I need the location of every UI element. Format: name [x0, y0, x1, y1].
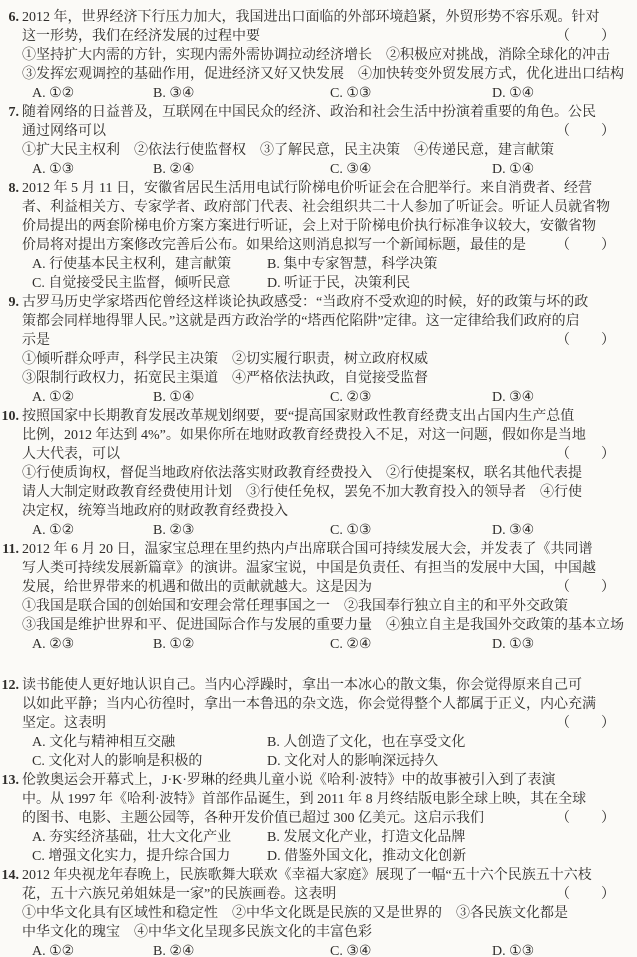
statement-items: 中华文化的瑰宝 ④中华文化呈现多民族文化的丰富色彩 — [22, 923, 372, 942]
question-line: ①中华文化具有区域性和稳定性 ②中华文化既是民族的又是世界的 ③各民族文化都是 — [22, 904, 616, 923]
option: A. ①③ — [32, 160, 153, 179]
question-9: 9. 古罗马历史学家塔西佗曾经这样谈论执政感受：“当政府不受欢迎的时候，好的政策… — [0, 293, 637, 407]
statement-items: ①扩大民主权利 ②依法行使监督权 ③了解民意，民主决策 ④传递民意，建言献策 — [22, 141, 554, 160]
option: A. ①② — [32, 388, 153, 407]
question-number: 11. — [0, 540, 19, 559]
question-number: 14. — [0, 866, 19, 885]
option: B. ②④ — [153, 160, 330, 179]
options-row: A. ①② B. ②④ C. ③④ D. ①③ — [22, 942, 616, 957]
question-text: 的图书、电影、主题公园等，各种开发价值已超过 300 亿美元。这启示我们 — [22, 809, 484, 828]
question-14: 14. 2012 年央视龙年春晚上，民族歌舞大联欢《幸福大家庭》展现了一幅“五十… — [0, 866, 637, 957]
question-line: 策都会同样地得罪人民。”这就是西方政治学的“塔西佗陷阱”定律。这一定律给我们政府… — [22, 312, 616, 331]
question-number: 7. — [0, 103, 19, 122]
question-line: 随着网络的日益普及，互联网在中国民众的经济、政治和社会生活中扮演着重要的角色。公… — [22, 103, 616, 122]
question-line: 这一形势，我们在经济发展的过程中要（ ） — [22, 27, 616, 46]
question-7: 7. 随着网络的日益普及，互联网在中国民众的经济、政治和社会生活中扮演着重要的角… — [0, 103, 637, 179]
exam-paper-page: 6. 2012 年，世界经济下行压力加大，我国进出口面临的外部环境趋紧，外贸形势… — [0, 0, 637, 957]
question-text: 读书能使人更好地认识自己。当内心浮躁时，拿出一本冰心的散文集，你会觉得原来自己可 — [22, 676, 582, 695]
answer-blank-parens: （ ） — [556, 445, 616, 464]
statement-items: ①倾听群众呼声，科学民主决策 ②切实履行职责，树立政府权威 — [22, 350, 428, 369]
statement-items: ①行使质询权，督促当地政府依法落实财政教育经费投入 ②行使提案权，联名其他代表提 — [22, 464, 582, 483]
option: C. ③④ — [330, 942, 492, 957]
question-text: 价局提出的两套阶梯电价方案方案进行听证，会上对于阶梯电价执行标准争议较大，安徽省… — [22, 217, 596, 236]
question-line: ①我国是联合国的创始国和安理会常任理事国之一 ②我国奉行独立自主的和平外交政策 — [22, 597, 616, 616]
question-line: 坚定。这表明（ ） — [22, 714, 616, 733]
question-line: 花，五十六族兄弟姐妹是一家”的民族画卷。这表明（ ） — [22, 885, 616, 904]
question-line: ③限制行政权力，拓宽民主渠道 ④严格依法执政，自觉接受监督 — [22, 369, 616, 388]
statement-items: ③限制行政权力，拓宽民主渠道 ④严格依法执政，自觉接受监督 — [22, 369, 428, 388]
option: C. 文化对人的影响是积极的 — [32, 752, 267, 771]
statement-items: ①坚持扩大内需的方针，实现内需外需协调拉动经济增长 ②积极应对挑战，消除全球化的… — [22, 46, 610, 65]
question-text: 示是 — [22, 331, 50, 350]
question-text: 2012 年，世界经济下行压力加大，我国进出口面临的外部环境趋紧，外贸形势不容乐… — [22, 8, 600, 27]
question-line: ③我国是维护世界和平、促进国际合作与发展的重要力量 ④独立自主是我国外交政策的基… — [22, 616, 616, 635]
option: A. ①② — [32, 84, 153, 103]
answer-blank-parens: （ ） — [556, 27, 616, 46]
question-line: 古罗马历史学家塔西佗曾经这样谈论执政感受：“当政府不受欢迎的时候，好的政策与坏的… — [22, 293, 616, 312]
option: B. ②③ — [153, 521, 330, 540]
options-row: A. ②③ B. ①② C. ②④ D. ①③ — [22, 635, 616, 654]
question-text: 古罗马历史学家塔西佗曾经这样谈论执政感受：“当政府不受欢迎的时候，好的政策与坏的… — [22, 293, 588, 312]
option: D. 文化对人的影响深远持久 — [267, 752, 616, 771]
question-line: 通过网络可以（ ） — [22, 122, 616, 141]
question-line: 2012 年 6 月 20 日，温家宝总理在里约热内卢出席联合国可持续发展大会，… — [22, 540, 616, 559]
options-row: A. ①② B. ①④ C. ②③ D. ③④ — [22, 388, 616, 407]
question-text: 者、利益相关方、专家学者、政府部门代表、社会组织共二十人参加了听证会。听证人员就… — [22, 198, 610, 217]
question-line: ①坚持扩大内需的方针，实现内需外需协调拉动经济增长 ②积极应对挑战，消除全球化的… — [22, 46, 616, 65]
question-text: 价局将对提出方案修改完善后公布。如果给这则消息拟写一个新闻标题，最佳的是 — [22, 236, 526, 255]
question-12: 12. 读书能使人更好地认识自己。当内心浮躁时，拿出一本冰心的散文集，你会觉得原… — [0, 676, 637, 771]
question-line: 以如此平静；当内心彷徨时，拿出一本鲁迅的杂文选，你会觉得整个人都属于正义，内心充… — [22, 695, 616, 714]
question-number: 12. — [0, 676, 19, 695]
question-text: 2012 年央视龙年春晚上，民族歌舞大联欢《幸福大家庭》展现了一幅“五十六个民族… — [22, 866, 592, 885]
question-line: 2012 年，世界经济下行压力加大，我国进出口面临的外部环境趋紧，外贸形势不容乐… — [22, 8, 616, 27]
statement-items: ①中华文化具有区域性和稳定性 ②中华文化既是民族的又是世界的 ③各民族文化都是 — [22, 904, 568, 923]
question-line: 中华文化的瑰宝 ④中华文化呈现多民族文化的丰富色彩 — [22, 923, 616, 942]
options-row: A. ①② B. ②③ C. ①③ D. ③④ — [22, 521, 616, 540]
answer-blank-parens: （ ） — [556, 714, 616, 733]
option: D. 听证于民，决策利民 — [267, 274, 616, 293]
question-line: 中。从 1997 年《哈利·波特》首部作品诞生，到 2011 年 8 月终结版电… — [22, 790, 616, 809]
question-text: 花，五十六族兄弟姐妹是一家”的民族画卷。这表明 — [22, 885, 336, 904]
options-grid: A. 文化与精神相互交融 B. 人创造了文化，也在享受文化 C. 文化对人的影响… — [22, 733, 616, 771]
option: B. 发展文化产业，打造文化品牌 — [267, 828, 616, 847]
question-number: 9. — [0, 293, 19, 312]
question-13: 13. 伦敦奥运会开幕式上，J·K·罗琳的经典儿童小说《哈利·波特》中的故事被引… — [0, 771, 637, 866]
question-number: 10. — [0, 407, 19, 426]
option: D. ①④ — [492, 84, 616, 103]
question-line: 请人大制定财政教育经费使用计划 ③行使任免权，罢免不加大教育投入的领导者 ④行使 — [22, 483, 616, 502]
question-text: 随着网络的日益普及，互联网在中国民众的经济、政治和社会生活中扮演着重要的角色。公… — [22, 103, 596, 122]
question-line: ①行使质询权，督促当地政府依法落实财政教育经费投入 ②行使提案权，联名其他代表提 — [22, 464, 616, 483]
option: C. 增强文化实力，提升综合国力 — [32, 847, 267, 866]
question-line: 发展，给世界带来的机遇和做出的贡献就越大。这是因为（ ） — [22, 578, 616, 597]
option: B. ③④ — [153, 84, 330, 103]
option: C. ③④ — [330, 160, 492, 179]
option: D. ③④ — [492, 521, 616, 540]
question-10: 10. 按照国家中长期教育发展改革规划纲要，要“提高国家财政性教育经费支出占国内… — [0, 407, 637, 540]
question-8: 8. 2012 年 5 月 11 日，安徽省居民生活用电试行阶梯电价听证会在合肥… — [0, 179, 637, 293]
option: B. 人创造了文化，也在享受文化 — [267, 733, 616, 752]
question-line: 决定权，统筹当地政府的财政教育经费投入 — [22, 502, 616, 521]
option: D. ①③ — [492, 635, 616, 654]
question-6: 6. 2012 年，世界经济下行压力加大，我国进出口面临的外部环境趋紧，外贸形势… — [0, 8, 637, 103]
question-line: 示是（ ） — [22, 331, 616, 350]
question-text: 人大代表，可以 — [22, 445, 120, 464]
question-text: 坚定。这表明 — [22, 714, 106, 733]
option: D. ①③ — [492, 942, 616, 957]
option: D. ①④ — [492, 160, 616, 179]
question-text: 这一形势，我们在经济发展的过程中要 — [22, 27, 260, 46]
answer-blank-parens: （ ） — [556, 331, 616, 350]
option: C. ②④ — [330, 635, 492, 654]
option: A. 行使基本民主权利，建言献策 — [32, 255, 267, 274]
question-line: 读书能使人更好地认识自己。当内心浮躁时，拿出一本冰心的散文集，你会觉得原来自己可 — [22, 676, 616, 695]
question-text: 2012 年 5 月 11 日，安徽省居民生活用电试行阶梯电价听证会在合肥举行。… — [22, 179, 592, 198]
question-11: 11. 2012 年 6 月 20 日，温家宝总理在里约热内卢出席联合国可持续发… — [0, 540, 637, 654]
question-line: 2012 年央视龙年春晚上，民族歌舞大联欢《幸福大家庭》展现了一幅“五十六个民族… — [22, 866, 616, 885]
question-number: 8. — [0, 179, 19, 198]
option: A. ①② — [32, 942, 153, 957]
question-text: 2012 年 6 月 20 日，温家宝总理在里约热内卢出席联合国可持续发展大会，… — [22, 540, 593, 559]
option: C. ②③ — [330, 388, 492, 407]
question-text: 策都会同样地得罪人民。”这就是西方政治学的“塔西佗陷阱”定律。这一定律给我们政府… — [22, 312, 580, 331]
question-line: 的图书、电影、主题公园等，各种开发价值已超过 300 亿美元。这启示我们（ ） — [22, 809, 616, 828]
option: D. 借鉴外国文化，推动文化创新 — [267, 847, 616, 866]
option: B. 集中专家智慧，科学决策 — [267, 255, 616, 274]
question-line: 人大代表，可以（ ） — [22, 445, 616, 464]
question-number: 6. — [0, 8, 19, 27]
option: D. ③④ — [492, 388, 616, 407]
question-text: 按照国家中长期教育发展改革规划纲要，要“提高国家财政性教育经费支出占国内生产总值 — [22, 407, 574, 426]
statement-items: ③我国是维护世界和平、促进国际合作与发展的重要力量 ④独立自主是我国外交政策的基… — [22, 616, 624, 635]
statement-items: ①我国是联合国的创始国和安理会常任理事国之一 ②我国奉行独立自主的和平外交政策 — [22, 597, 568, 616]
option: B. ①② — [153, 635, 330, 654]
answer-blank-parens: （ ） — [556, 809, 616, 828]
statement-items: 请人大制定财政教育经费使用计划 ③行使任免权，罢免不加大教育投入的领导者 ④行使 — [22, 483, 582, 502]
option: B. ①④ — [153, 388, 330, 407]
answer-blank-parens: （ ） — [556, 236, 616, 255]
question-line: 2012 年 5 月 11 日，安徽省居民生活用电试行阶梯电价听证会在合肥举行。… — [22, 179, 616, 198]
question-text: 以如此平静；当内心彷徨时，拿出一本鲁迅的杂文选，你会觉得整个人都属于正义，内心充… — [22, 695, 596, 714]
question-text: 写人类可持续发展新篇章》的演讲。温家宝说，中国是负责任、有担当的发展中大国，中国… — [22, 559, 596, 578]
option: A. 夯实经济基础，壮大文化产业 — [32, 828, 267, 847]
question-line: 者、利益相关方、专家学者、政府部门代表、社会组织共二十人参加了听证会。听证人员就… — [22, 198, 616, 217]
question-text: 伦敦奥运会开幕式上，J·K·罗琳的经典儿童小说《哈利·波特》中的故事被引入到了表… — [22, 771, 556, 790]
question-line: 价局提出的两套阶梯电价方案方案进行听证，会上对于阶梯电价执行标准争议较大，安徽省… — [22, 217, 616, 236]
answer-blank-parens: （ ） — [556, 885, 616, 904]
question-text: 中。从 1997 年《哈利·波特》首部作品诞生，到 2011 年 8 月终结版电… — [22, 790, 586, 809]
statement-items: 决定权，统筹当地政府的财政教育经费投入 — [22, 502, 288, 521]
question-text: 发展，给世界带来的机遇和做出的贡献就越大。这是因为 — [22, 578, 372, 597]
question-line: 比例，2012 年达到 4%”。如果你所在地财政教育经费投入不足，对这一问题，假… — [22, 426, 616, 445]
option: A. 文化与精神相互交融 — [32, 733, 267, 752]
question-text: 比例，2012 年达到 4%”。如果你所在地财政教育经费投入不足，对这一问题，假… — [22, 426, 586, 445]
options-grid: A. 行使基本民主权利，建言献策 B. 集中专家智慧，科学决策 C. 自觉接受民… — [22, 255, 616, 293]
option: C. ①③ — [330, 521, 492, 540]
option: B. ②④ — [153, 942, 330, 957]
options-row: A. ①② B. ③④ C. ①③ D. ①④ — [22, 84, 616, 103]
question-line: ①倾听群众呼声，科学民主决策 ②切实履行职责，树立政府权威 — [22, 350, 616, 369]
question-line: ③发挥宏观调控的基础作用，促进经济又好又快发展 ④加快转变外贸发展方式，优化进出… — [22, 65, 616, 84]
option: A. ①② — [32, 521, 153, 540]
question-line: 价局将对提出方案修改完善后公布。如果给这则消息拟写一个新闻标题，最佳的是（ ） — [22, 236, 616, 255]
question-line: 写人类可持续发展新篇章》的演讲。温家宝说，中国是负责任、有担当的发展中大国，中国… — [22, 559, 616, 578]
option: C. 自觉接受民主监督，倾听民意 — [32, 274, 267, 293]
options-row: A. ①③ B. ②④ C. ③④ D. ①④ — [22, 160, 616, 179]
options-grid: A. 夯实经济基础，壮大文化产业 B. 发展文化产业，打造文化品牌 C. 增强文… — [22, 828, 616, 866]
question-line: 伦敦奥运会开幕式上，J·K·罗琳的经典儿童小说《哈利·波特》中的故事被引入到了表… — [22, 771, 616, 790]
question-number: 13. — [0, 771, 19, 790]
question-text: 通过网络可以 — [22, 122, 106, 141]
answer-blank-parens: （ ） — [556, 578, 616, 597]
question-line: ①扩大民主权利 ②依法行使监督权 ③了解民意，民主决策 ④传递民意，建言献策 — [22, 141, 616, 160]
option: A. ②③ — [32, 635, 153, 654]
option: C. ①③ — [330, 84, 492, 103]
statement-items: ③发挥宏观调控的基础作用，促进经济又好又快发展 ④加快转变外贸发展方式，优化进出… — [22, 65, 624, 84]
answer-blank-parens: （ ） — [556, 122, 616, 141]
question-line: 按照国家中长期教育发展改革规划纲要，要“提高国家财政性教育经费支出占国内生产总值 — [22, 407, 616, 426]
